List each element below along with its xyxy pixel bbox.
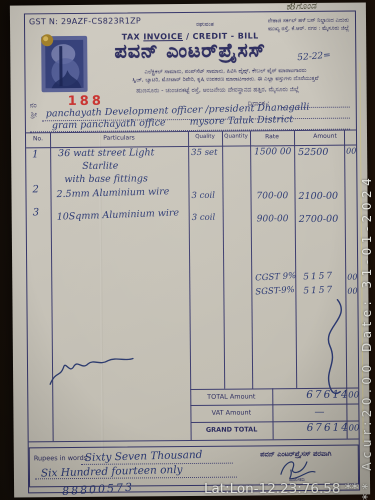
- row3-amount: 2700-00: [299, 214, 339, 225]
- total-amount-label: TOTAL Amount: [190, 392, 272, 401]
- col-header-particulars: Particulars: [50, 134, 188, 142]
- total-amount-paise: 00: [348, 391, 359, 401]
- cgst-paise: 00: [347, 273, 357, 282]
- row1-qty: 35 set: [191, 148, 217, 158]
- row1-particulars-line3: with base fittings: [64, 173, 148, 185]
- row2-particulars: 2.5mm Aluminium wire: [56, 186, 169, 200]
- row1-no: 1: [32, 149, 38, 160]
- col-header-no: No.: [26, 135, 50, 142]
- row1-amount: 52500: [298, 147, 328, 158]
- invoice-paper: ಕ8ಗೊಂಡ GST N: 29AZF-CS823R1ZP ರಘುವಂಶ ನೇತ…: [10, 2, 370, 497]
- table-bottom-border: [29, 439, 359, 443]
- col-header-quantity: Quantity: [222, 133, 250, 139]
- row2-rate: 700-00: [256, 191, 288, 201]
- invoice-body: GST N: 29AZF-CS823R1ZP ರಘುವಂಶ ನೇತಾಜಿ ಸರ್…: [24, 11, 360, 494]
- row1-rate: 1500 00: [254, 147, 291, 157]
- col-header-quality: Quality: [188, 134, 222, 140]
- clerk-signature: [46, 353, 136, 388]
- grand-total-label: GRAND TOTAL: [191, 425, 273, 434]
- gstin-text: GST N: 29AZF-CS823R1ZP: [29, 16, 141, 26]
- customer-prefix-label: ಶ್ರೀ: [31, 110, 37, 119]
- vat-amount-value: —: [314, 407, 324, 418]
- col-line-rate: [294, 130, 297, 388]
- row3-no: 3: [33, 207, 39, 218]
- gps-date-overlay: ** Acur:20.00 Date: 31-01-2024: [360, 174, 374, 500]
- row3-qty: 3 coil: [192, 213, 216, 223]
- void-flourish-stroke: [305, 298, 356, 398]
- col-line-no: [50, 132, 54, 441]
- row1-particulars-line2: Starlite: [82, 161, 118, 172]
- shop-name-title: ಪವನ್ ಎಂಟರ್‌ಪ್ರೈಸಸ್: [65, 39, 315, 63]
- rupees-in-words-label: Rupees in words :: [34, 454, 92, 463]
- sgst-value: 5157: [303, 285, 334, 296]
- col-line-quantity: [250, 130, 253, 388]
- row2-qty: 3 coil: [191, 191, 215, 201]
- sgst-paise: 00: [347, 287, 357, 296]
- shop-address-line: ಹುಣಸೂರು - ಚುಂಚನಕಟ್ಟೆ ರಸ್ತೆ, ಆಂಜನೇಯ ದೇವಸ್…: [86, 86, 350, 96]
- totals-line2: [190, 404, 358, 406]
- row1-paise: 00: [346, 147, 356, 156]
- vat-amount-label: VAT Amount: [190, 408, 272, 417]
- bill-number-label: ನಂ: [30, 101, 37, 110]
- row2-amount: 2100-00: [298, 191, 338, 202]
- row1-particulars-line1: 36 watt street Light: [58, 147, 154, 159]
- sgst-label: SGST-9%: [255, 285, 295, 297]
- gps-latlon-overlay: Lat:Lon-12.23:76.58 **: [204, 481, 358, 497]
- photo-of-invoice: ಕ8ಗೊಂಡ GST N: 29AZF-CS823R1ZP ರಘುವಂಶ ನೇತ…: [0, 0, 375, 500]
- row3-particulars: 10Sqmm Aluminium wire: [57, 207, 180, 222]
- cgst-value: 5157: [303, 271, 334, 282]
- col-header-rate: Rate: [250, 133, 294, 140]
- col-header-amount: Amount: [294, 133, 356, 141]
- cgst-label: CGST 9%: [255, 271, 297, 283]
- row3-rate: 900-00: [257, 214, 289, 224]
- col-line-quality: [222, 131, 225, 389]
- grand-total-paise: 00: [349, 424, 360, 434]
- grand-total-value: 67614: [307, 422, 351, 434]
- total-amount-value: 67614: [306, 389, 350, 401]
- shop-description-line2: ಸ್ವಿಚ್, ಬ್ಯಾಟರಿ, ಮೋಟಾರ್ ರಿಪೇರಿ, ಕೃಷಿ ಉಪಕ…: [101, 75, 349, 84]
- handwritten-calculation: 52-22=: [297, 51, 331, 64]
- row2-no: 2: [32, 184, 38, 195]
